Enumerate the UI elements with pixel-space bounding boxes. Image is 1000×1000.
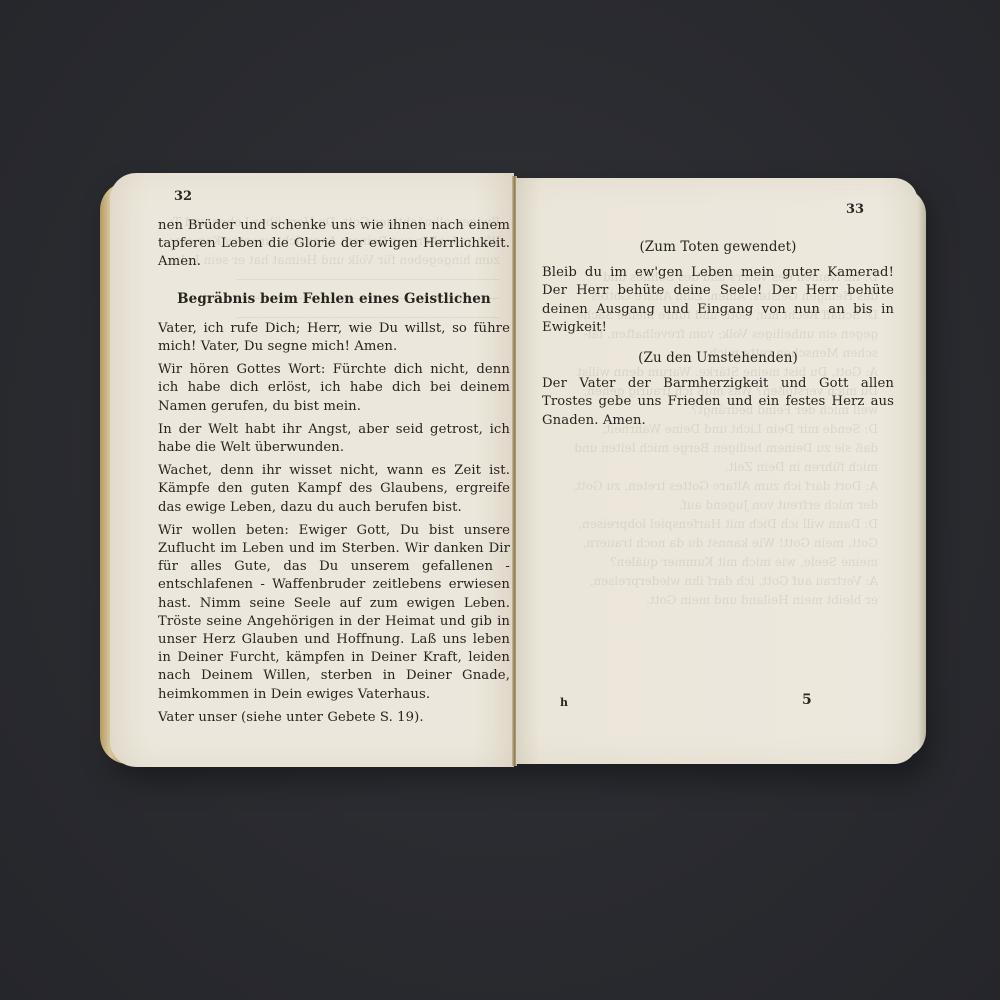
left-page: Ewiger, allmächtiger Gott, Du Herr über …: [110, 173, 514, 767]
rubric-heading: (Zum Toten gewendet): [542, 238, 894, 256]
right-page: D: Im Namen des Vaters und des Sohnes un…: [516, 178, 918, 764]
page-number: 32: [174, 189, 192, 204]
paragraph: Wachet, denn ihr wisset nicht, wann es Z…: [158, 462, 510, 517]
paragraph: Vater unser (siehe unter Gebete S. 19).: [158, 709, 510, 727]
paragraph: Der Vater der Barmherzigkeit und Gott al…: [542, 375, 894, 430]
signature-mark: h: [560, 696, 568, 709]
page-number: 33: [846, 202, 864, 217]
continuation-text: nen Brüder und schenke uns wie ihnen nac…: [158, 217, 510, 272]
paragraph: Bleib du im ew'gen Leben mein guter Kame…: [542, 264, 894, 337]
signature-number: 5: [802, 692, 812, 708]
rubric-heading: (Zu den Umstehenden): [542, 349, 894, 367]
paragraph: Wir wollen beten: Ewiger Gott, Du bist u…: [158, 522, 510, 704]
section-title: Begräbnis beim Fehlen eines Geistlichen: [158, 290, 510, 308]
paragraph: In der Welt habt ihr Angst, aber seid ge…: [158, 421, 510, 457]
paragraph: Vater, ich rufe Dich; Herr, wie Du wills…: [158, 320, 510, 356]
paragraph: Wir hören Gottes Wort: Fürchte dich nich…: [158, 361, 510, 416]
